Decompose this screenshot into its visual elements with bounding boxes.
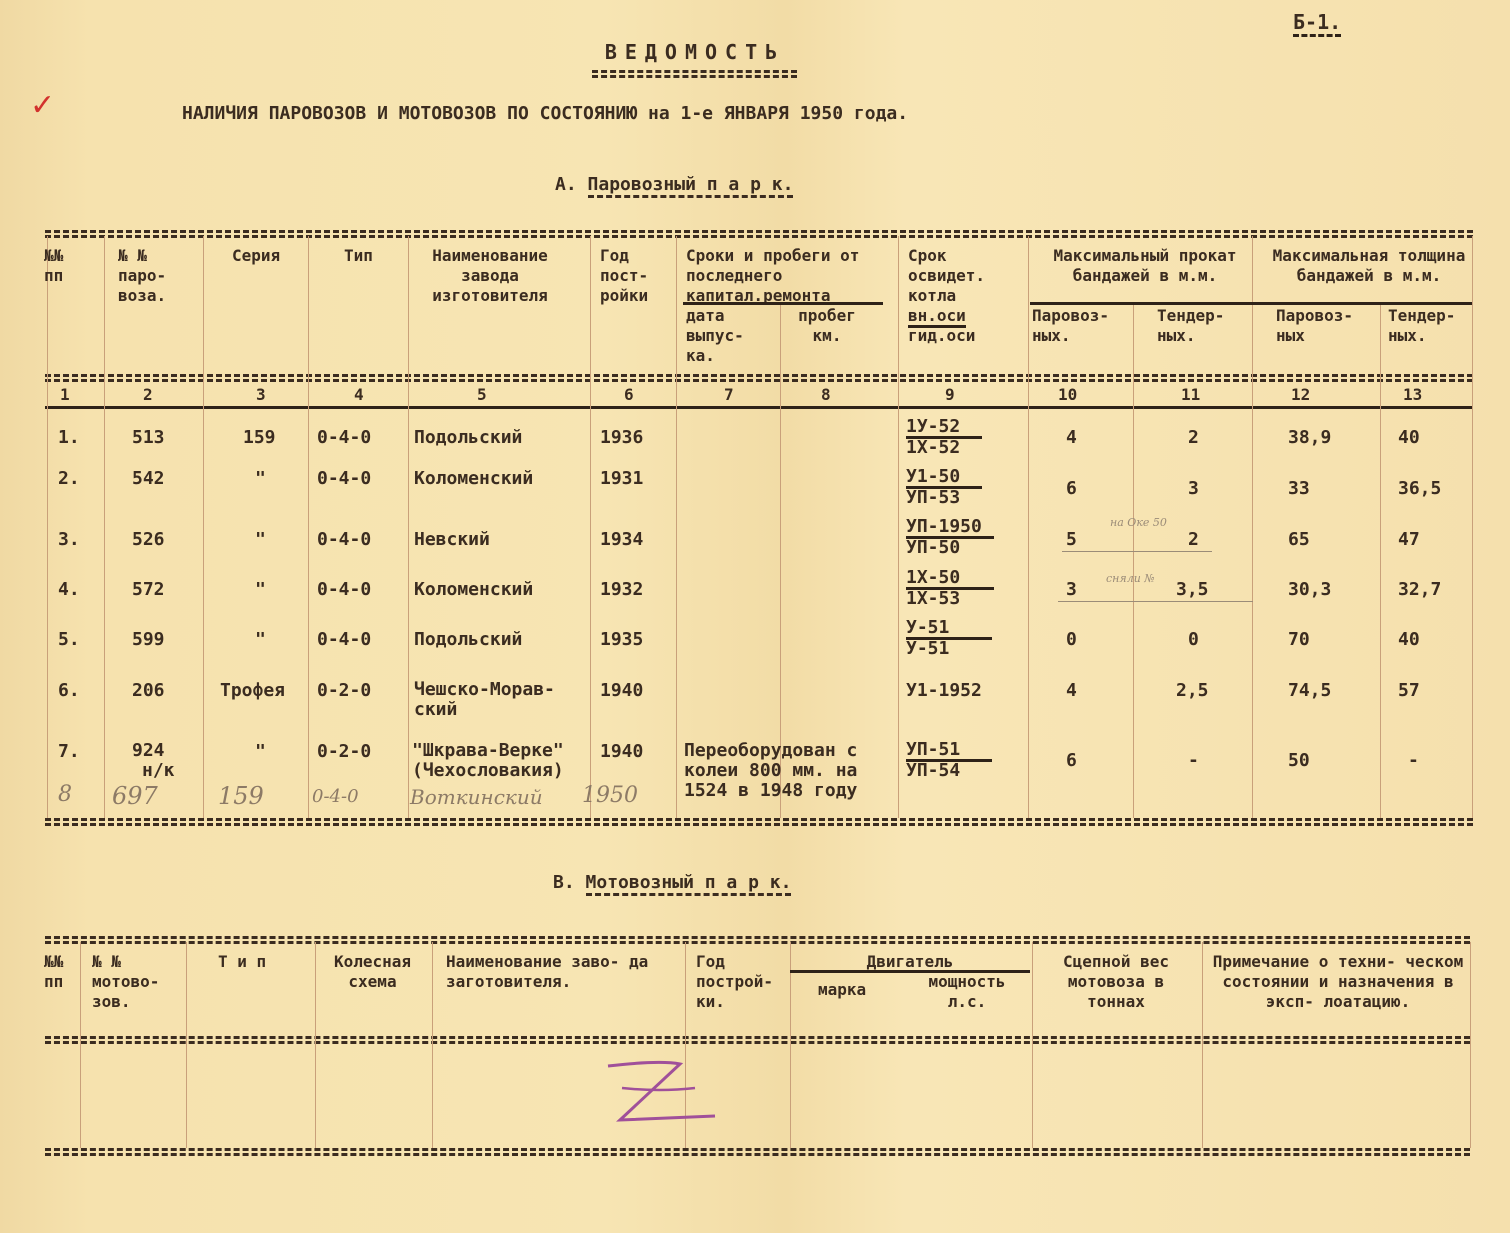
loco-number: 924 н/к [132,741,175,781]
col-divider [1202,942,1203,1148]
wheel-type: 0-4-0 [317,579,371,600]
hw-plant: Воткинский [410,785,543,809]
column-numbers-rule [45,406,1473,409]
loco-number: 526 [132,529,165,550]
document-subtitle: НАЛИЧИЯ ПАРОВОЗОВ И МОТОВОЗОВ ПО СОСТОЯН… [182,103,908,124]
header-type: Т и п [218,952,266,972]
loco-number: 513 [132,427,165,448]
thickness-loco: 65 [1288,529,1310,550]
plant: Подольский [414,629,522,650]
header-plant: Наименование завода изготовителя [410,246,570,306]
loco-number: 572 [132,579,165,600]
wear-loco: 6 [1066,478,1077,499]
header-remarks: Примечание о техни- ческом состоянии и н… [1208,952,1468,1012]
row-index: 6. [58,680,80,701]
wear-tender: 2,5 [1176,680,1209,701]
thickness-tender: 40 [1398,629,1420,650]
col-number: 2 [143,385,153,405]
wear-tender: 0 [1188,629,1199,650]
plant: Коломенский [414,468,533,489]
header-max-wear-group: Максимальный прокат бандажей в м.м. [1040,246,1250,286]
wear-loco: 0 [1066,629,1077,650]
z-strike-mark [600,1058,730,1132]
hw-row-index: 8 [58,782,72,807]
col-number: 8 [821,385,831,405]
boiler-term: У1-1952 [906,680,982,701]
boiler-term: УП-1950УП-50 [906,518,994,558]
header-boiler-term: Срок освидет. котла [908,246,1008,306]
z-mark-icon [600,1058,730,1128]
thickness-tender: 57 [1398,680,1420,701]
year-built: 1932 [600,579,643,600]
document-title: ВЕДОМОСТЬ [560,40,830,64]
col-divider [1380,305,1381,818]
thickness-loco: 33 [1288,478,1310,499]
row-index: 3. [58,529,80,550]
header-wheel-scheme: Колесная схема [320,952,425,992]
col-divider [1470,942,1471,1148]
row-index: 4. [58,579,80,600]
thickness-tender: 36,5 [1398,478,1441,499]
loco-number: 599 [132,629,165,650]
header-overhaul-group: Сроки и пробеги от последнего капитал.ре… [686,246,886,306]
wear-loco: 3 [1066,579,1077,600]
boiler-term: 1У-521Х-52 [906,418,982,458]
col-divider [315,942,316,1148]
header-engine-brand: марка [818,980,866,1000]
hw-year: 1950 [582,783,638,808]
col-divider [80,942,81,1148]
plant: Подольский [414,427,522,448]
series: " [255,468,266,489]
group-underline [1030,302,1472,305]
table-top-rule [45,230,1473,233]
header-year-built: Год построй- ки. [696,952,791,1012]
loco-number: 542 [132,468,165,489]
header-engine-power: мощность л.с. [912,972,1022,1012]
col-divider [676,236,677,818]
hw-loco-number: 697 [112,782,158,810]
wear-loco: 6 [1066,750,1077,771]
header-adhesive-weight: Сцепной вес мотовоза в тоннах [1036,952,1196,1012]
red-check-icon: ✓ [30,88,55,123]
boiler-term: УП-51УП-54 [906,741,992,781]
col-divider [590,236,591,818]
col-number: 3 [256,385,266,405]
series: " [255,741,266,762]
col-number: 13 [1403,385,1422,405]
row-index: 1. [58,427,80,448]
group-underline [683,302,883,305]
header-wear-loco: Паровоз- ных. [1032,306,1127,346]
header-mileage: пробег км. [782,306,872,346]
header-boiler-hydro: гид.оси [908,326,975,346]
series: " [255,629,266,650]
header-row-number: №№ пп [44,246,80,286]
header-release-date: дата выпус- ка. [686,306,766,366]
col-divider [898,236,899,818]
wheel-type: 0-4-0 [317,529,371,550]
wear-loco: 4 [1066,680,1077,701]
year-built: 1940 [600,680,643,701]
wheel-type: 0-4-0 [317,468,371,489]
year-built: 1936 [600,427,643,448]
header-engine-group: Двигатель [790,952,1030,972]
thickness-tender: 32,7 [1398,579,1441,600]
col-number: 10 [1058,385,1077,405]
wear-tender: 3 [1188,478,1199,499]
col-divider [432,942,433,1148]
header-max-thickness-group: Максимальная толщина бандажей в м.м. [1262,246,1476,286]
col-number: 4 [354,385,364,405]
wheel-type: 0-2-0 [317,741,371,762]
wear-loco: 5 [1066,529,1077,550]
table-top-rule [45,936,1470,939]
loco-number: 206 [132,680,165,701]
wear-tender: 3,5 [1176,579,1209,600]
title-underline [592,70,797,73]
thickness-loco: 70 [1288,629,1310,650]
year-built: 1934 [600,529,643,550]
col-divider [308,236,309,818]
header-wear-tender: Тендер- ных. [1157,306,1237,346]
row-index: 7. [58,741,80,762]
thickness-loco: 50 [1288,750,1310,771]
col-number: 1 [60,385,70,405]
col-divider [47,236,48,818]
header-boiler-inner: вн.оси [908,306,966,326]
table-bottom-rule [45,1148,1470,1151]
plant: Чешско-Морав- ский [414,680,584,720]
thickness-tender: 47 [1398,529,1420,550]
hw-wheel-type: 0-4-0 [312,786,359,807]
header-motor-loco-number: № № мотово- зов. [92,952,182,1012]
col-divider [203,236,204,818]
wheel-type: 0-4-0 [317,629,371,650]
thickness-loco: 30,3 [1288,579,1331,600]
col-divider [1028,236,1029,818]
wheel-type: 0-4-0 [317,427,371,448]
wear-tender: - [1188,750,1199,771]
series: " [255,579,266,600]
boiler-term: У1-50УП-53 [906,468,982,508]
boiler-term: 1Х-501Х-53 [906,569,994,609]
thickness-tender: 40 [1398,427,1420,448]
col-divider [186,942,187,1148]
wear-tender: 2 [1188,427,1199,448]
col-number: 12 [1291,385,1310,405]
col-divider [104,236,105,818]
header-year-built: Год пост- ройки [600,246,666,306]
col-divider [1252,236,1253,818]
header-type: Тип [344,246,373,266]
thickness-loco: 38,9 [1288,427,1331,448]
section-a-heading: А. Паровозный п а р к. [555,174,793,195]
hw-series: 159 [218,782,264,810]
header-thickness-tender: Тендер- ных. [1388,306,1474,346]
pencil-note: на Оке 50 [1110,516,1167,529]
wheel-type: 0-2-0 [317,680,371,701]
col-divider [408,236,409,818]
col-number: 7 [724,385,734,405]
boiler-term: У-51У-51 [906,619,992,659]
row-index: 2. [58,468,80,489]
header-row-number: №№ пп [44,952,78,992]
col-divider [1032,942,1033,1148]
header-plant: Наименование заво- да заготовителя. [446,952,676,992]
wear-loco: 4 [1066,427,1077,448]
thickness-loco: 74,5 [1288,680,1331,701]
col-number: 11 [1181,385,1200,405]
wear-tender: 2 [1188,529,1199,550]
year-built: 1931 [600,468,643,489]
series: Трофея [220,680,285,701]
plant: "Шкрава-Верке" (Чехословакия) [412,741,597,781]
pencil-line [1058,601,1253,602]
plant: Невский [414,529,490,550]
thickness-tender: - [1408,750,1419,771]
pencil-line [1062,551,1212,552]
conversion-remark: Переоборудован с колеи 800 мм. на 1524 в… [684,741,894,801]
col-number: 6 [624,385,634,405]
year-built: 1940 [600,741,643,762]
header-bottom-rule [45,1036,1470,1039]
header-bottom-rule [45,374,1473,377]
col-number: 5 [477,385,487,405]
plant: Коломенский [414,579,533,600]
table-bottom-rule [45,818,1473,821]
series: 159 [243,427,276,448]
year-built: 1935 [600,629,643,650]
series: " [255,529,266,550]
col-divider [1133,305,1134,818]
col-number: 9 [945,385,955,405]
page-reference: Б-1. [1293,10,1341,34]
header-series: Серия [232,246,280,266]
row-index: 5. [58,629,80,650]
header-thickness-loco: Паровоз- ных [1276,306,1371,346]
pencil-note: сняли № [1106,572,1155,585]
section-b-heading: В. Мотовозный п а р к. [553,872,791,893]
header-loco-number: № № паро- воза. [118,246,188,306]
